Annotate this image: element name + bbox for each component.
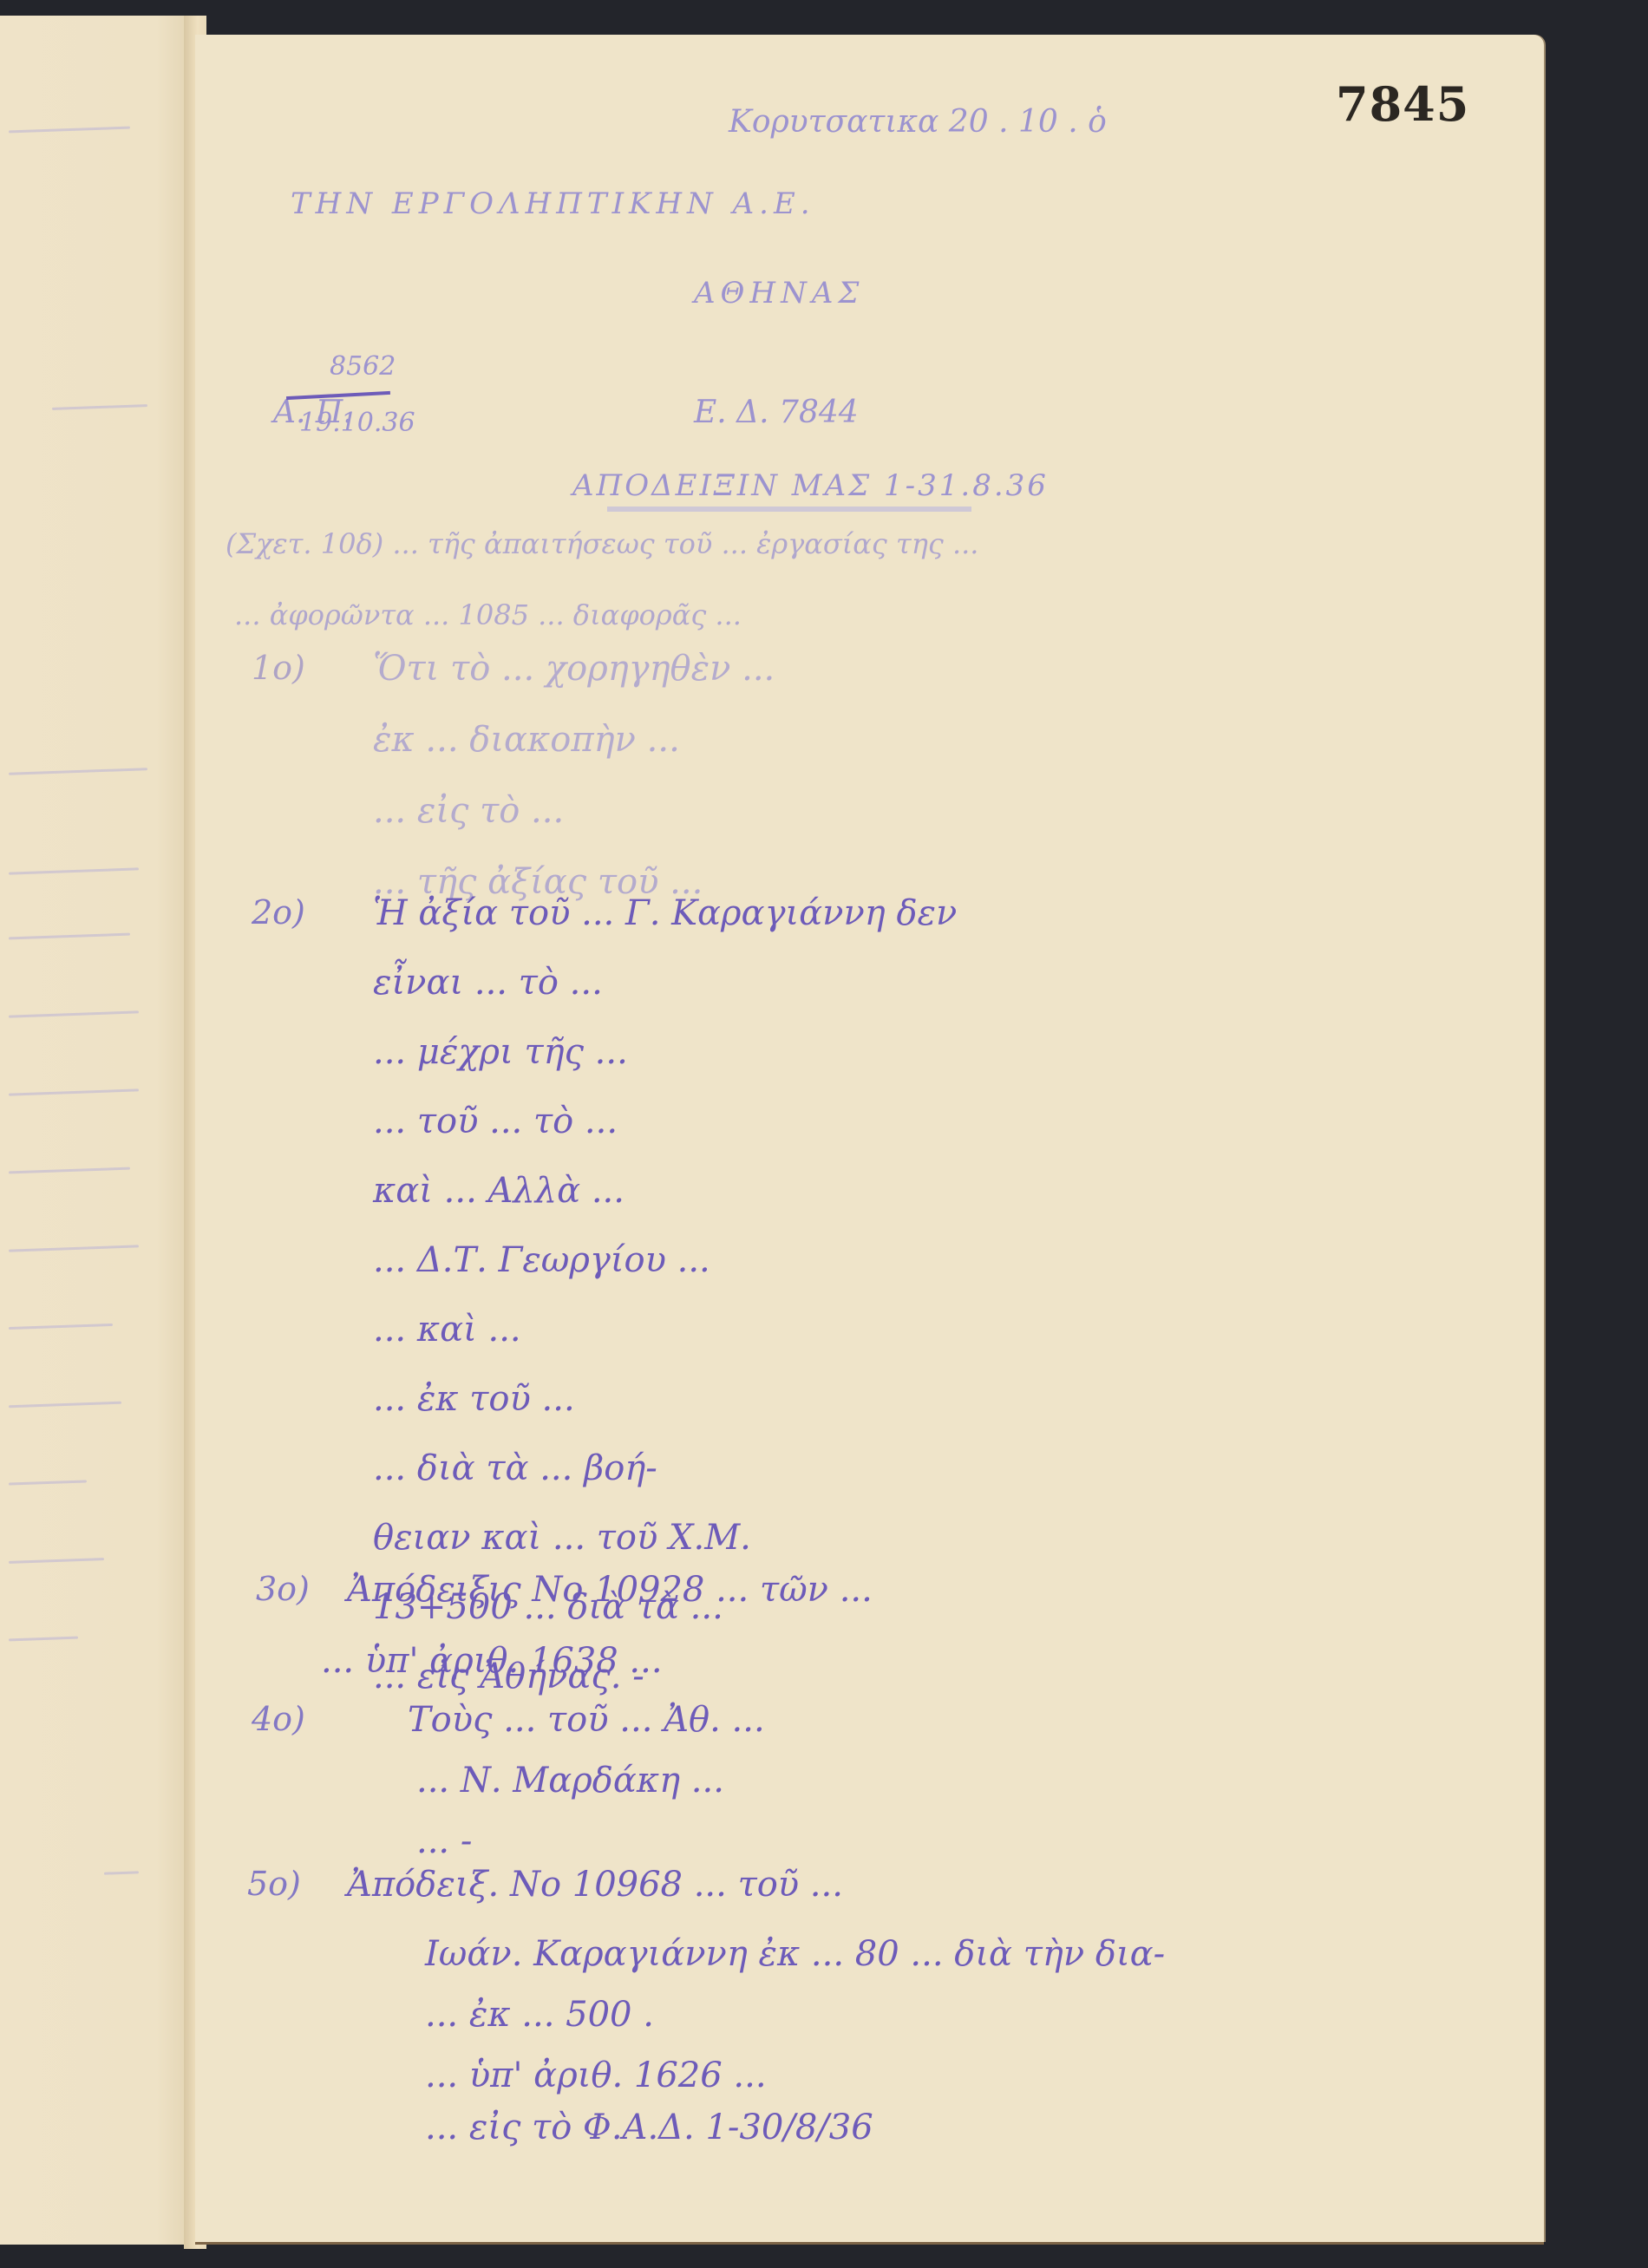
item-line: Ἀπόδειξ. Νο 10968 ... τοῦ ... [347, 1865, 843, 1905]
item-marker: 5ο) [247, 1865, 301, 1903]
place-date: Κορυτσατικα 20 . 10 . ὁ [729, 104, 1107, 140]
item-line: καὶ ... Αλλὰ ... [373, 1171, 625, 1211]
item-line: ... ὑπ' ἀριθ. 1626 ... [425, 2056, 767, 2095]
reference-numerator: 8562 [330, 351, 396, 382]
item-line: ... Δ.Τ. Γεωργίου ... [373, 1240, 710, 1280]
item-line: ... ἐκ τοῦ ... [373, 1379, 575, 1419]
bleed-through-mark [9, 1637, 78, 1642]
bleed-through-mark [104, 1871, 139, 1874]
item-line: Ὅτι τὸ ... χορηγηθὲν ... [373, 649, 775, 689]
bleed-through-mark [9, 1245, 139, 1252]
intro-line: (Σχετ. 10δ) ... τῆς ἀπαιτήσεως τοῦ ... ἐ… [226, 527, 978, 560]
item-marker: 4ο) [252, 1700, 305, 1738]
item-line: ... ὑπ' ἀριθ. 1638 ... [321, 1641, 663, 1681]
item-line: Ιωάν. Καραγιάννη ἐκ ... 80 ... διὰ τὴν δ… [425, 1934, 1165, 1974]
item-line: εἶναι ... τὸ ... [373, 963, 603, 1003]
subject-line: ΑΠΟΔΕΙΞΙΝ ΜΑΣ 1-31.8.36 [572, 468, 1049, 503]
bleed-through-mark [9, 1167, 130, 1174]
item-line: ... μέχρι τῆς ... [373, 1032, 628, 1072]
bleed-through-mark [9, 1088, 139, 1095]
bleed-through-mark [9, 933, 130, 940]
bleed-through-mark [9, 1558, 104, 1564]
item-line: θειαν καὶ ... τοῦ Χ.Μ. [373, 1518, 751, 1558]
item-line: Ἀπόδειξις Νο 10928 ... τῶν ... [347, 1570, 873, 1610]
item-line: ... Ν. Μαρδάκη ... [416, 1761, 724, 1801]
item-marker: 2ο) [252, 893, 305, 931]
item-line: ἐκ ... διακοπὴν ... [373, 720, 680, 760]
subject-underline [607, 507, 971, 512]
item-line: ... καὶ ... [373, 1310, 521, 1350]
bleed-through-mark [9, 768, 147, 775]
bleed-through-mark [9, 1480, 87, 1485]
bleed-through-mark [52, 404, 147, 410]
city: ΑΘΗΝΑΣ [694, 276, 864, 310]
item-marker: 3ο) [256, 1570, 310, 1608]
item-line: ... - [416, 1821, 472, 1861]
item-line: Ἡ ἀξία τοῦ ... Γ. Καραγιάννη δεν [373, 893, 957, 933]
item-line: ... ἐκ ... 500 . [425, 1995, 654, 2035]
recipient: ΤΗΝ ΕΡΓΟΛΗΠΤΙΚΗΝ Α.Ε. [291, 186, 815, 221]
bleed-through-mark [9, 127, 130, 134]
page-number-stamp: 7845 [1336, 76, 1469, 132]
reference-suffix: Ε. Δ. 7844 [694, 395, 859, 430]
bleed-through-mark [9, 867, 139, 874]
item-line: ... τοῦ ... τὸ ... [373, 1101, 618, 1141]
bleed-through-mark [9, 1324, 113, 1330]
previous-page [0, 16, 195, 2245]
intro-line: ... ἀφορῶντα ... 1085 ... διαφορᾶς ... [234, 598, 742, 631]
bleed-through-mark [9, 1010, 139, 1017]
item-line: ... εἰς τὸ Φ.Α.Δ. 1-30/8/36 [425, 2108, 873, 2147]
item-line: ... διὰ τὰ ... βοή- [373, 1448, 657, 1488]
item-line: Τοὺς ... τοῦ ... Ἀθ. ... [408, 1700, 765, 1740]
item-marker: 1ο) [252, 649, 305, 687]
bleed-through-mark [9, 1402, 121, 1409]
reference-denominator: 19.10.36 [299, 408, 415, 438]
item-line: ... εἰς τὸ ... [373, 791, 564, 831]
